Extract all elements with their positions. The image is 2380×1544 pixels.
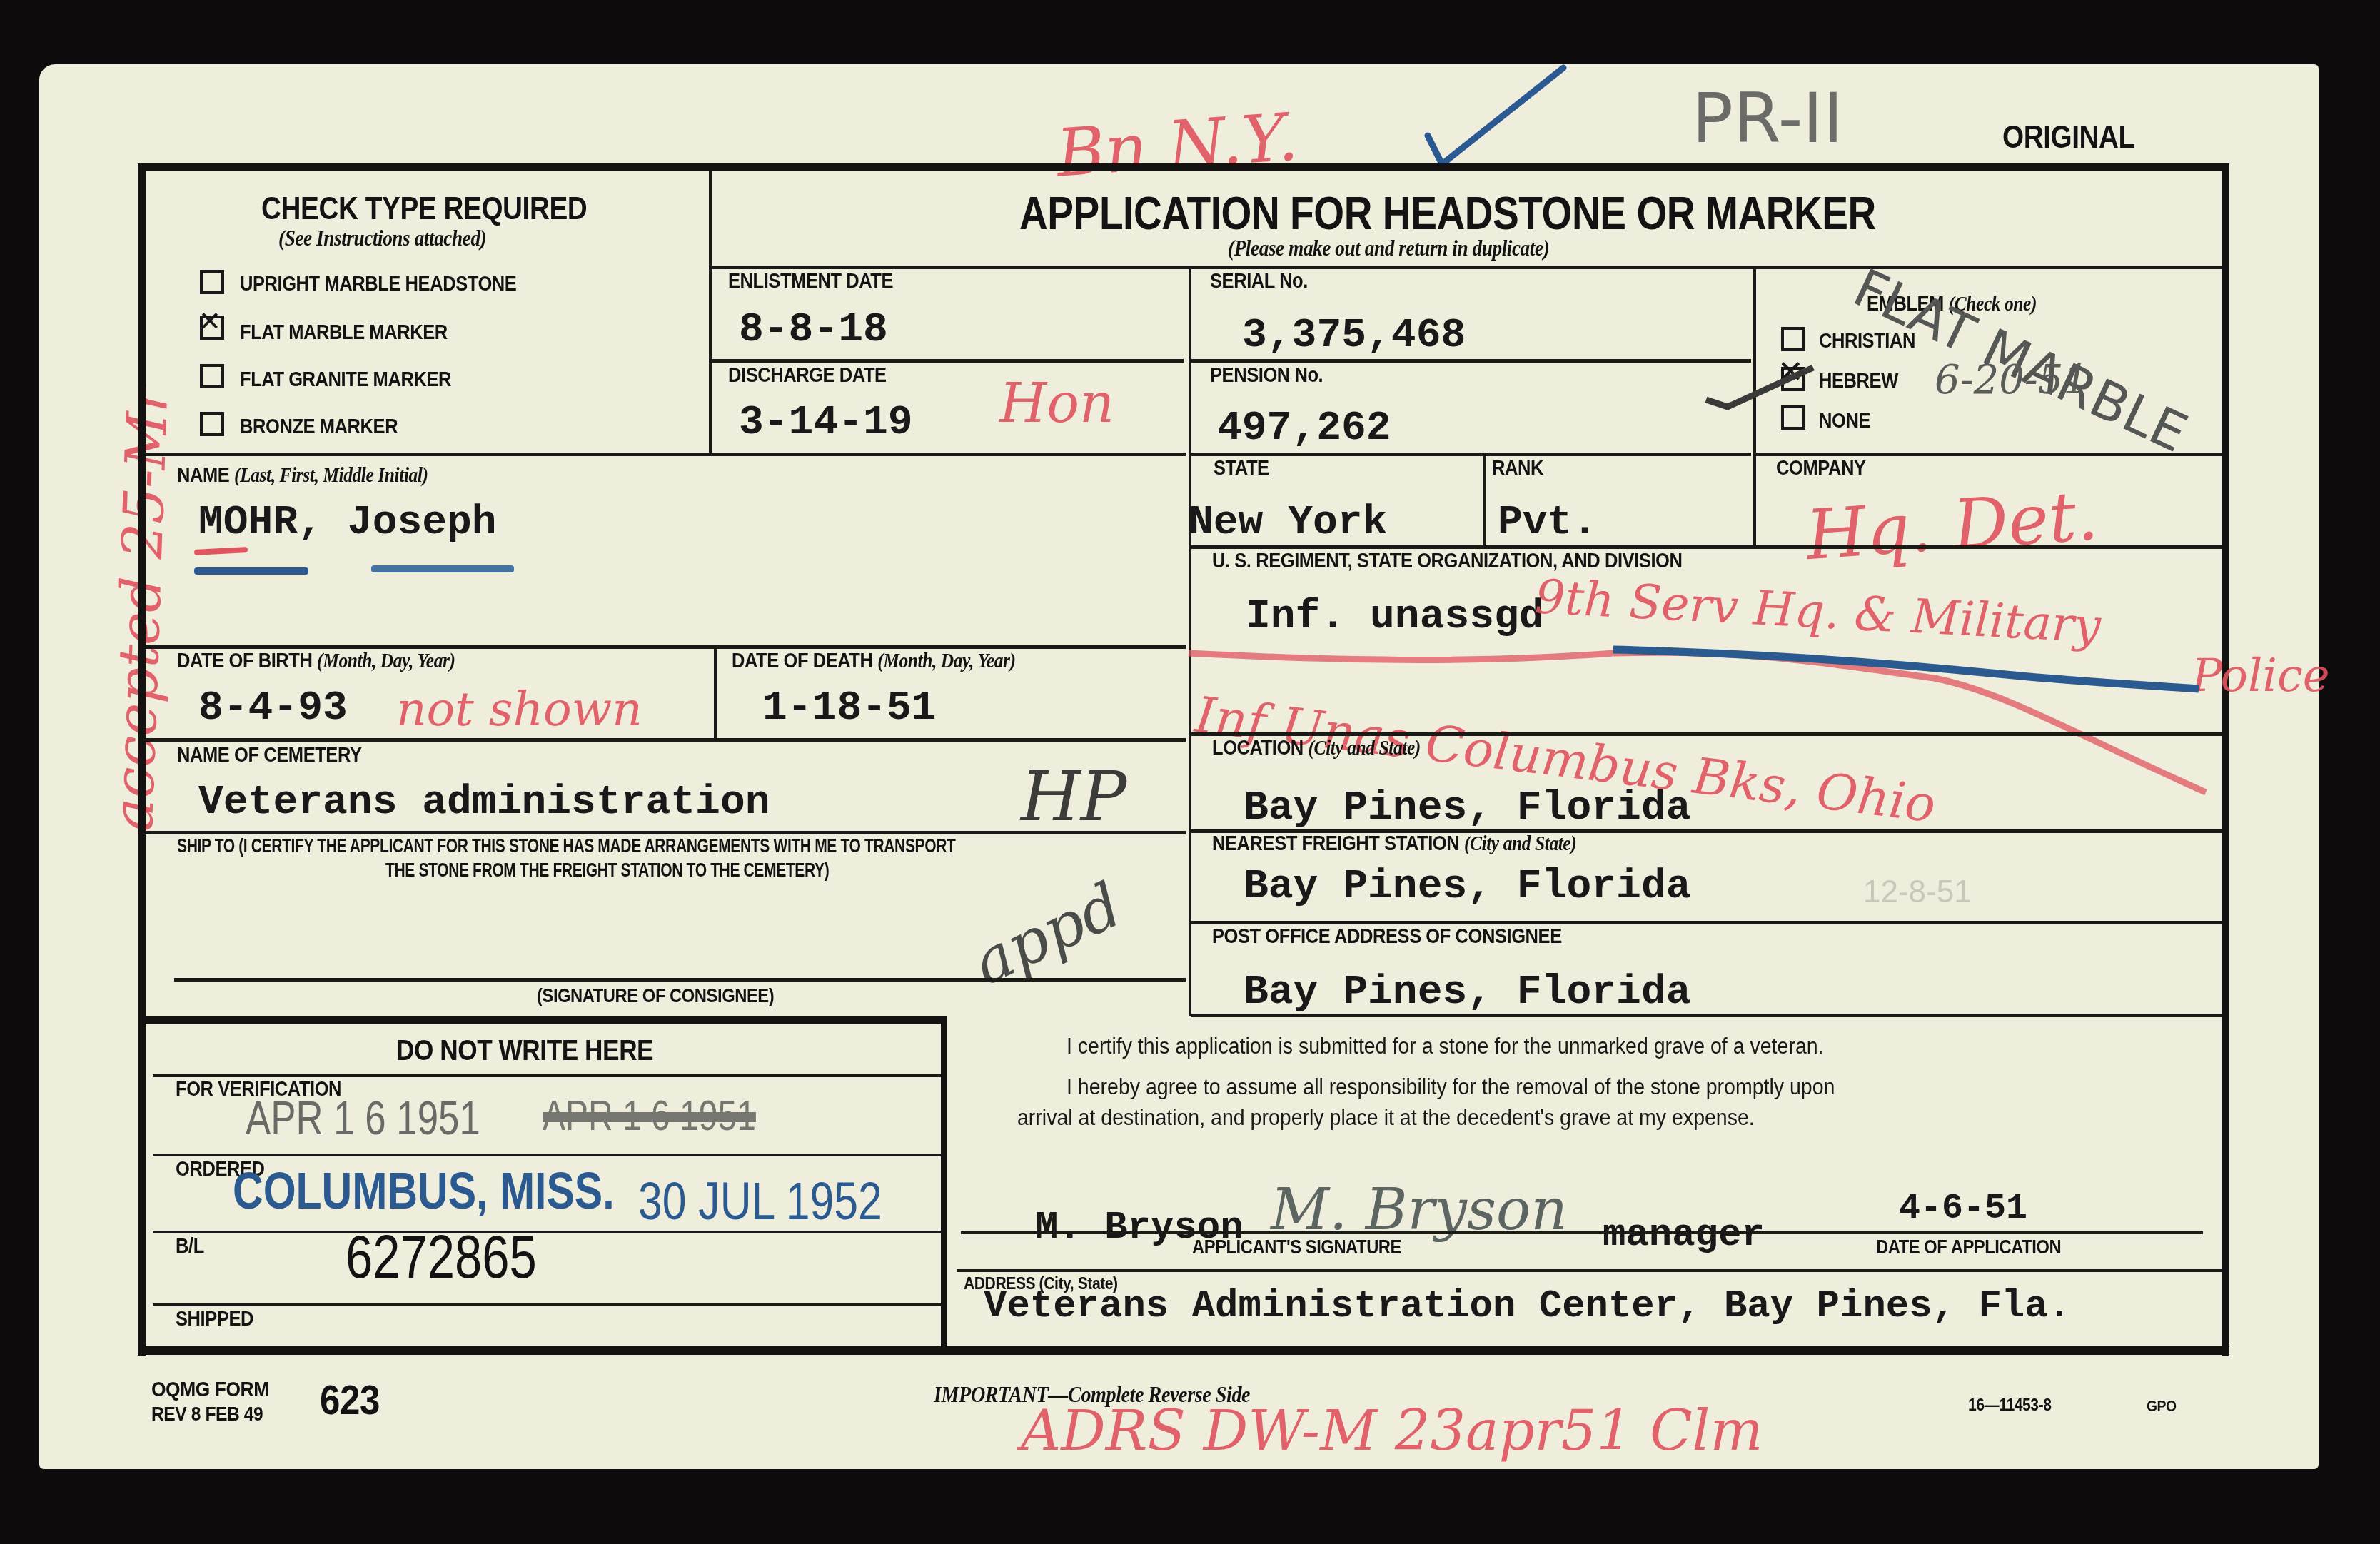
value-date-application: 4-6-51 — [1899, 1189, 2027, 1229]
value-pension-no: 497,262 — [1217, 405, 1391, 452]
label-company: COMPANY — [1776, 457, 1865, 480]
office-line-2 — [153, 1154, 941, 1156]
frame-left — [138, 163, 146, 1356]
divider-check-type — [709, 171, 712, 453]
value-freight: Bay Pines, Florida — [1244, 864, 1691, 910]
value-address: Veterans Administration Center, Bay Pine… — [984, 1285, 2071, 1328]
x-mark-icon: ✕ — [198, 306, 221, 337]
line-applicant-signature — [961, 1231, 2203, 1234]
blue-underline-2 — [371, 565, 514, 572]
value-rank: Pvt. — [1498, 500, 1597, 546]
line-location-top — [1191, 732, 2222, 736]
label-location-note: (City and State) — [1309, 737, 1421, 760]
line-enlistment — [711, 359, 1184, 363]
line-state-top — [1191, 453, 1751, 456]
faint-freight-date: 12-8-51 — [1863, 874, 1972, 910]
label-applicant-signature: APPLICANT'S SIGNATURE — [1192, 1236, 1401, 1258]
applicant-title: manager — [1603, 1213, 1765, 1257]
form-number: 623 — [320, 1376, 380, 1424]
label-post-office: POST OFFICE ADDRESS OF CONSIGNEE — [1212, 925, 1562, 949]
value-discharge-date: 3-14-19 — [739, 400, 913, 446]
print-code: 16—11453-8 — [1968, 1396, 2052, 1416]
line-cemetery-top — [146, 738, 1186, 742]
stamp-verification: APR 1 6 1951 — [246, 1091, 480, 1145]
check-type-heading: CHECK TYPE REQUIRED — [261, 191, 587, 227]
label-name: NAME (Last, First, Middle Initial) — [177, 464, 428, 488]
value-bl: 6272865 — [346, 1222, 537, 1293]
annotation-discharge-hon: Hon — [999, 371, 1114, 435]
value-name: MOHR, Joseph — [198, 500, 497, 546]
label-dob-note: (Month, Day, Year) — [317, 650, 455, 672]
checkbox-flat-granite[interactable] — [200, 364, 224, 388]
divider-dob-dod — [714, 645, 717, 738]
check-type-subheading: (See Instructions attached) — [278, 226, 486, 251]
form-subtitle: (Please make out and return in duplicate… — [1228, 236, 1549, 261]
label-ship-to-1: SHIP TO (I CERTIFY THE APPLICANT FOR THI… — [177, 835, 956, 857]
line-serial — [1191, 359, 1751, 363]
label-pension-no: PENSION No. — [1210, 364, 1323, 388]
value-serial-no: 3,375,468 — [1242, 313, 1466, 359]
blue-checkmark-icon — [1421, 64, 1578, 171]
label-dod-note: (Month, Day, Year) — [877, 650, 1015, 672]
title-underline — [711, 266, 2222, 269]
label-name-note: (Last, First, Middle Initial) — [234, 464, 428, 487]
checkbox-christian[interactable] — [1781, 327, 1805, 351]
label-discharge-date: DISCHARGE DATE — [728, 364, 887, 388]
checkbox-none[interactable] — [1781, 405, 1805, 430]
label-freight-note: (City and State) — [1464, 832, 1576, 855]
label-date-application: DATE OF APPLICATION — [1876, 1236, 2061, 1258]
label-shipped: SHIPPED — [176, 1308, 253, 1331]
form-title: APPLICATION FOR HEADSTONE OR MARKER — [1019, 187, 1876, 240]
option-upright-marble: UPRIGHT MARBLE HEADSTONE — [240, 273, 516, 296]
line-regiment-top — [1191, 545, 2222, 549]
line-post-office-bottom — [1191, 1014, 2222, 1017]
label-name-text: NAME — [177, 464, 229, 487]
frame-bottom — [138, 1346, 2229, 1355]
form-prefix-1: OQMG FORM — [151, 1378, 269, 1402]
annotation-bottom: ADRS DW-M 23apr51 Clm — [1021, 1399, 1763, 1463]
label-dod-text: DATE OF DEATH — [732, 650, 872, 672]
label-freight-text: NEAREST FREIGHT STATION — [1212, 832, 1459, 855]
form-subtitle-text: (Please make out and return in duplicate… — [1228, 236, 1549, 261]
blue-underline-1 — [194, 567, 308, 575]
checkbox-upright-marble[interactable] — [200, 270, 224, 294]
value-regiment: Inf. unassgd — [1246, 594, 1544, 640]
label-ship-to-2: THE STONE FROM THE FREIGHT STATION TO TH… — [385, 859, 829, 882]
annotation-dob: not shown — [396, 682, 642, 737]
annotation-cemetery-initials: HP — [1021, 757, 1126, 837]
label-dob-text: DATE OF BIRTH — [177, 650, 312, 672]
label-state: STATE — [1214, 457, 1269, 480]
stamp-date-flat-marble: 6-20-51 — [1935, 357, 2089, 403]
value-post-office: Bay Pines, Florida — [1244, 969, 1691, 1016]
frame-top — [138, 163, 2229, 171]
value-dod: 1-18-51 — [762, 685, 937, 732]
line-name-top — [146, 453, 1186, 456]
office-line-4 — [153, 1303, 941, 1306]
line-company-top — [1756, 453, 2222, 456]
option-flat-granite: FLAT GRANITE MARKER — [240, 368, 451, 392]
label-consignee-signature: (SIGNATURE OF CONSIGNEE) — [537, 985, 774, 1007]
line-address — [957, 1269, 2222, 1272]
office-line-1 — [153, 1074, 941, 1077]
cert-line-3: arrival at destination, and properly pla… — [1017, 1105, 1755, 1131]
label-dob: DATE OF BIRTH (Month, Day, Year) — [177, 650, 455, 673]
original-label: ORIGINAL — [2002, 120, 2135, 156]
value-location: Bay Pines, Florida — [1244, 785, 1691, 832]
office-box-right — [941, 1016, 947, 1348]
divider-state-rank — [1483, 453, 1486, 545]
form-prefix-2: REV 8 FEB 49 — [151, 1403, 263, 1426]
stamp-ordered-date: 30 JUL 1952 — [638, 1171, 882, 1231]
value-dob: 8-4-93 — [198, 685, 348, 732]
value-state: New York — [1189, 500, 1387, 546]
label-freight: NEAREST FREIGHT STATION (City and State) — [1212, 832, 1576, 856]
cert-line-1: I certify this application is submitted … — [1067, 1034, 1824, 1059]
printer-label: GPO — [2147, 1397, 2177, 1416]
value-enlistment-date: 8-8-18 — [739, 307, 888, 353]
stamp-ordered-place: COLUMBUS, MISS. — [233, 1162, 615, 1221]
label-regiment: U. S. REGIMENT, STATE ORGANIZATION, AND … — [1212, 550, 1682, 573]
checkbox-bronze[interactable] — [200, 412, 224, 436]
option-flat-marble: FLAT MARBLE MARKER — [240, 321, 448, 345]
office-box-top — [146, 1016, 947, 1024]
emblem-hebrew: HEBREW — [1819, 370, 1898, 393]
line-ship-to-top — [146, 831, 1186, 834]
label-cemetery: NAME OF CEMETERY — [177, 744, 362, 767]
label-rank: RANK — [1492, 457, 1543, 480]
line-dob-top — [146, 645, 1186, 649]
cert-line-2: I hereby agree to assume all responsibil… — [1067, 1074, 1835, 1100]
line-consignee-signature — [174, 978, 1186, 982]
annotation-pr-ii: PR-II — [1692, 79, 1843, 158]
label-dod: DATE OF DEATH (Month, Day, Year) — [732, 650, 1016, 673]
label-enlistment-date: ENLISTMENT DATE — [728, 270, 893, 293]
emblem-none: NONE — [1819, 410, 1870, 433]
stamp-verification-overstruck: APR 1 6 1951 — [543, 1091, 756, 1140]
check-type-subheading-text: (See Instructions attached) — [278, 226, 486, 251]
line-post-office-top — [1191, 921, 2222, 924]
label-serial-no: SERIAL No. — [1210, 270, 1308, 293]
value-cemetery: Veterans administration — [198, 779, 770, 826]
option-bronze: BRONZE MARKER — [240, 415, 398, 439]
office-heading: DO NOT WRITE HERE — [396, 1035, 653, 1067]
label-location: LOCATION (City and State) — [1212, 737, 1421, 760]
label-bl: B/L — [176, 1235, 204, 1258]
office-line-3 — [153, 1231, 941, 1233]
label-location-text: LOCATION — [1212, 737, 1304, 760]
